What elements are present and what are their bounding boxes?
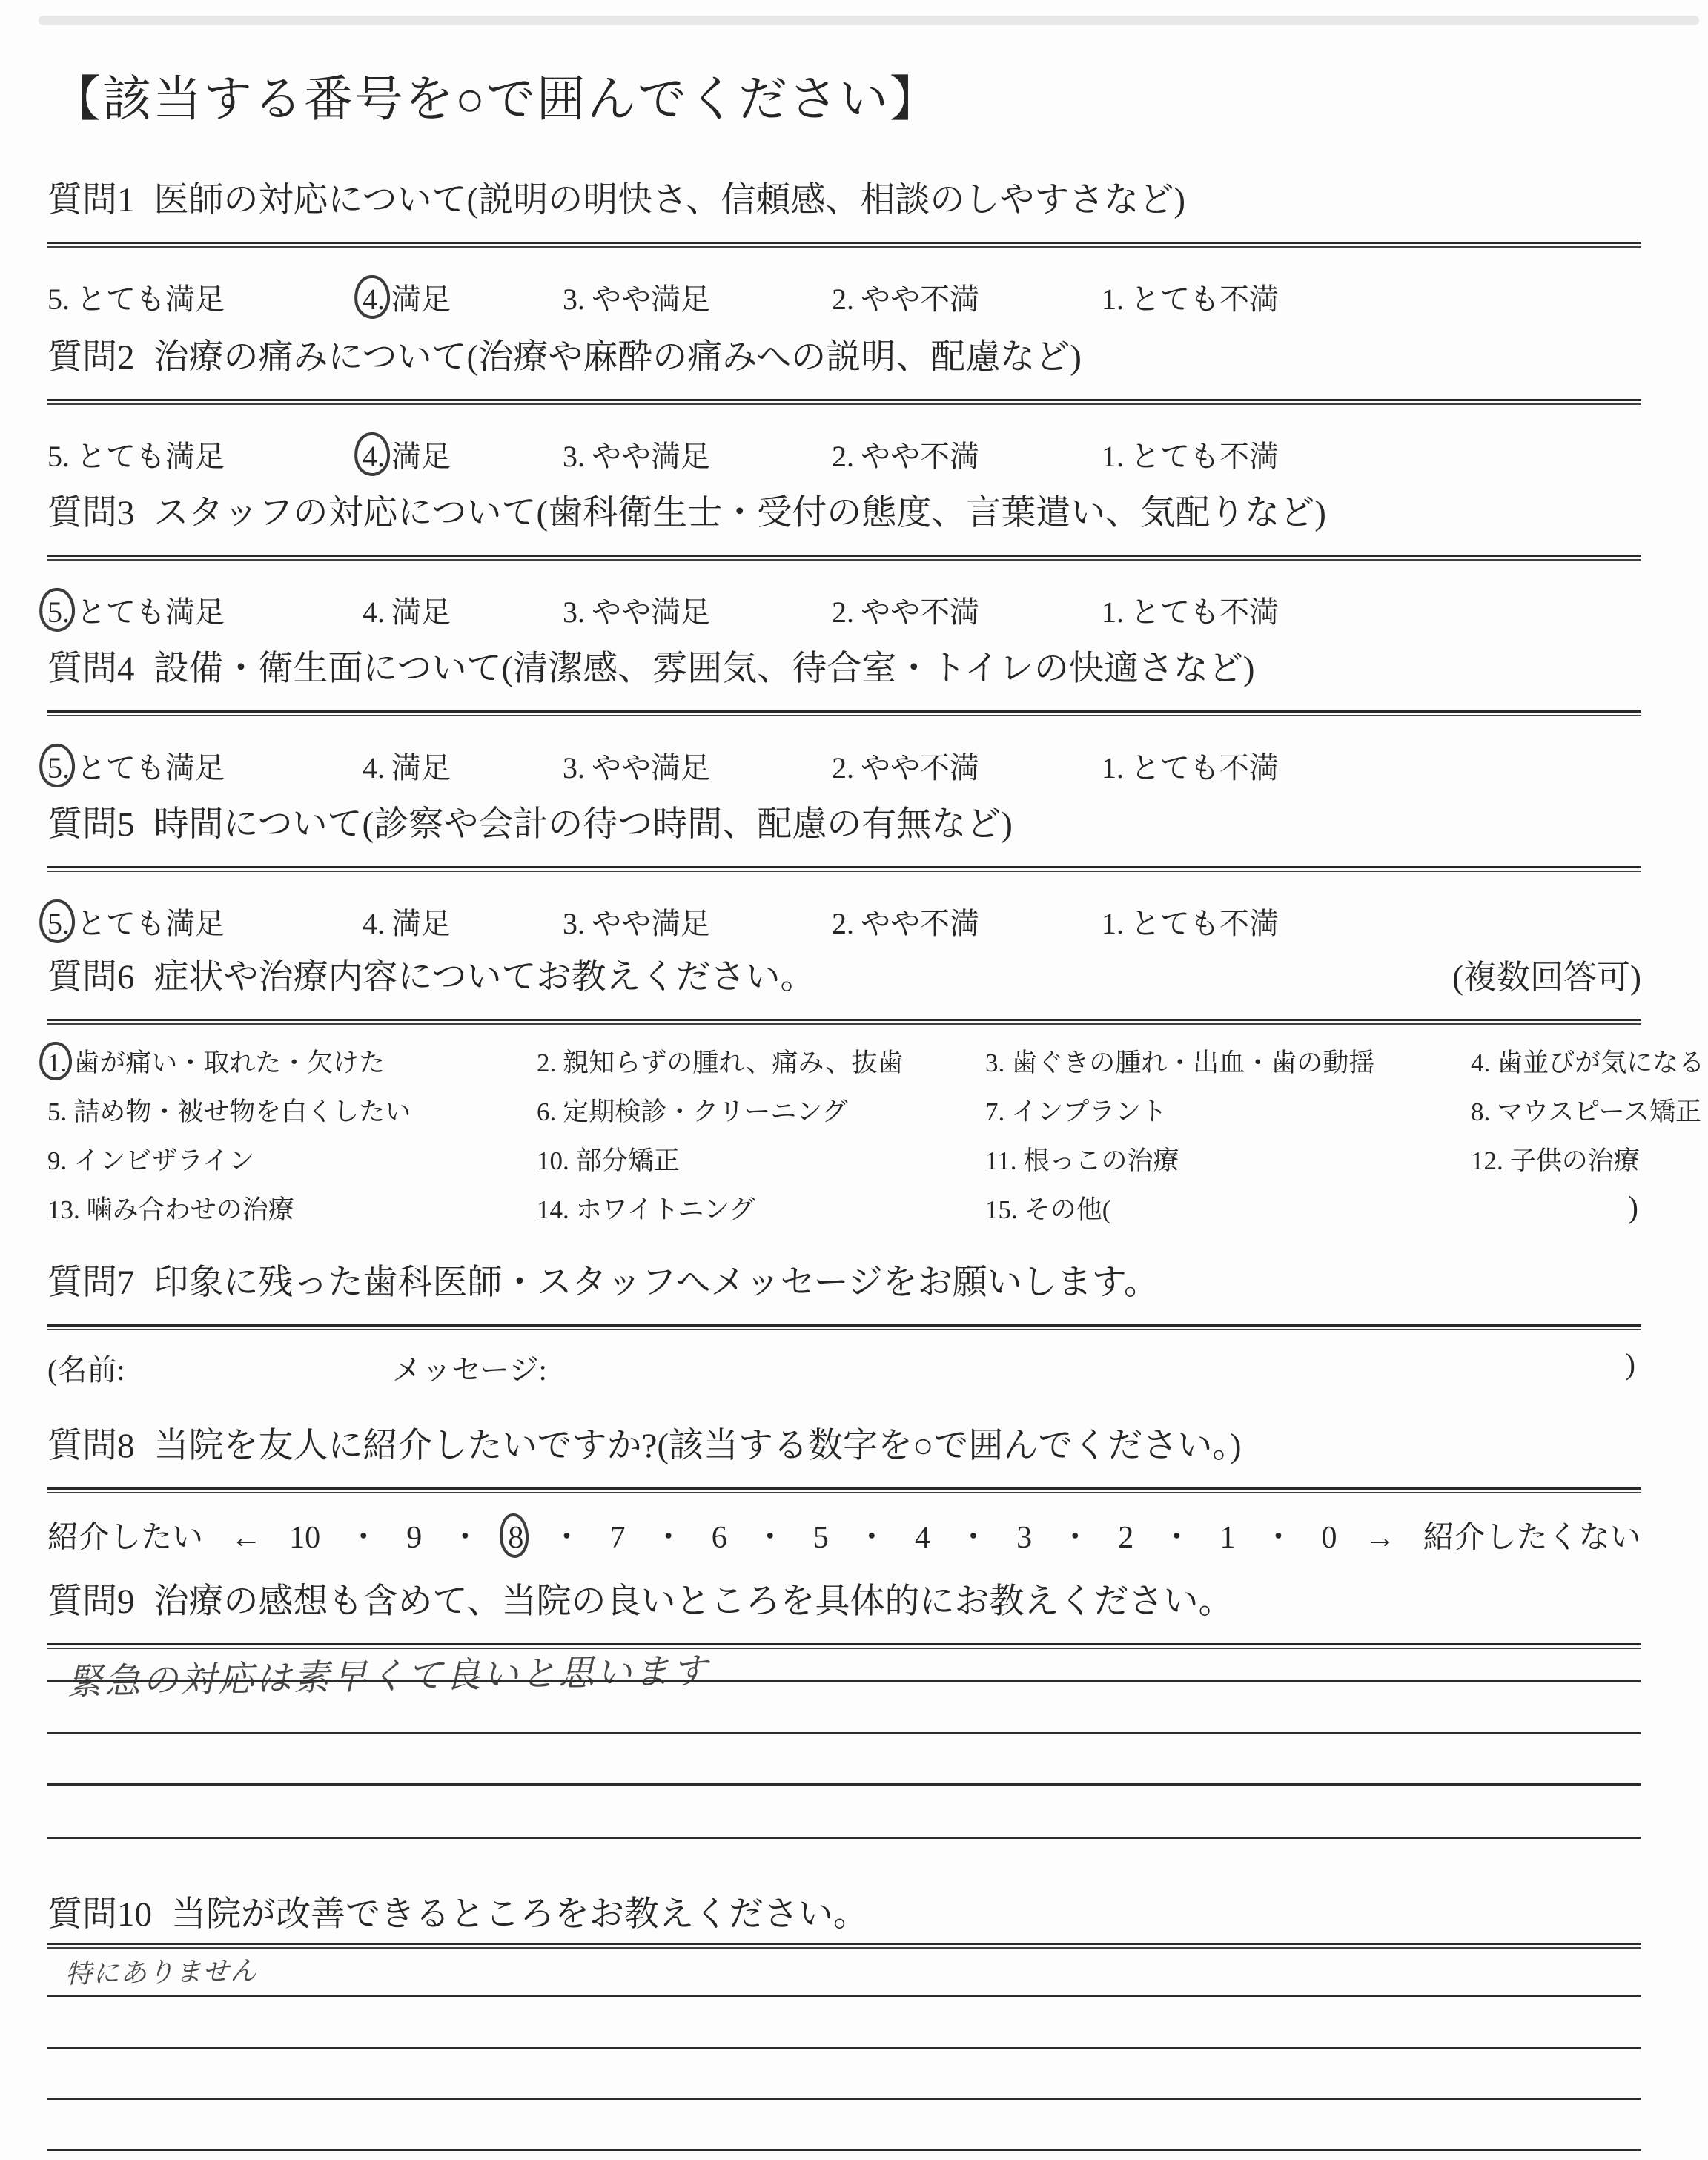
question-1-option-4-number: 4. (363, 282, 385, 317)
symptom-option-12[interactable]: 12.子供の治療 (1471, 1140, 1641, 1178)
question-4-option-2[interactable]: 2.やや不満 (832, 744, 979, 787)
question-5-options: 5.とても満足 4.満足 3.やや満足 2.やや不満 1.とても不満 (47, 872, 1641, 927)
symptom-option-15-number: 15. (985, 1195, 1018, 1225)
nps-option-3[interactable]: 3 (1016, 1520, 1032, 1556)
question-1-option-3-number: 3. (563, 282, 585, 317)
question-4-option-4[interactable]: 4.満足 (363, 744, 451, 787)
question-2-option-1[interactable]: 1.とても不満 (1102, 433, 1279, 475)
nps-dot-separator: ・ (653, 1513, 684, 1557)
symptom-option-5-number: 5. (47, 1097, 67, 1127)
answer-line[interactable] (47, 2098, 1641, 2100)
question-6-header: 質問6症状や治療内容についてお教えください。 (複数回答可) (47, 955, 1641, 1000)
question-2-option-3-label: やや満足 (592, 440, 710, 473)
question-5-option-5[interactable]: 5.とても満足 (47, 900, 225, 942)
symptom-option-6-label: 定期検診・クリーニング (563, 1097, 847, 1126)
question-3-section: 質問3スタッフの対応について(歯科衛生士・受付の態度、言葉遣い、気配りなど) 5… (47, 491, 1641, 615)
symptom-option-15-label: その他( (1025, 1195, 1111, 1224)
nps-option-6[interactable]: 6 (712, 1520, 727, 1556)
question-10-header: 質問10当院が改善できるところをお教えください。 (47, 1892, 1641, 1937)
symptom-option-13-number: 13. (47, 1195, 80, 1225)
symptom-option-13[interactable]: 13.噛み合わせの治療 (47, 1189, 537, 1226)
question-4-option-1-number: 1. (1102, 750, 1124, 785)
question-4-option-4-label: 満足 (391, 751, 451, 785)
question-9-header: 質問9治療の感想も含めて、当院の良いところを具体的にお教えください。 (47, 1579, 1641, 1624)
question-7-section: 質問7印象に残った歯科医師・スタッフへメッセージをお願いします。 (名前: メッ… (47, 1261, 1641, 1387)
question-7-header: 質問7印象に残った歯科医師・スタッフへメッセージをお願いします。 (47, 1261, 1641, 1305)
question-4-title: 設備・衛生面について(清潔感、雰囲気、待合室・トイレの快適さなど) (154, 650, 1255, 688)
nps-option-10[interactable]: 10 (289, 1520, 320, 1556)
nps-dot-separator: ・ (449, 1513, 480, 1557)
question-2-option-4[interactable]: 4.満足 (363, 433, 451, 475)
question-1-option-5[interactable]: 5.とても満足 (47, 276, 225, 318)
question-2-option-2[interactable]: 2.やや不満 (832, 433, 979, 475)
symptom-option-3-number: 3. (985, 1048, 1004, 1078)
question-1-title: 医師の対応について(説明の明快さ、信頼感、相談のしやすさなど) (154, 181, 1185, 219)
symptom-option-14-label: ホワイトニング (576, 1195, 755, 1224)
symptom-option-14-number: 14. (537, 1195, 569, 1225)
question-3-option-1-number: 1. (1102, 595, 1124, 630)
question-10-handwritten-answer: 特にありません (65, 1950, 258, 1992)
question-3-title: スタッフの対応について(歯科衛生士・受付の態度、言葉遣い、気配りなど) (154, 494, 1326, 532)
question-7-answer-row: (名前: メッセージ: ) (47, 1347, 1641, 1387)
nps-dot-separator: ・ (1059, 1513, 1090, 1557)
question-5-label: 質問5 (47, 805, 135, 844)
question-3-option-2-label: やや不満 (861, 595, 979, 629)
question-1-option-3-label: やや満足 (592, 283, 710, 316)
answer-line[interactable] (47, 2047, 1641, 2049)
page-title: 【該当する番号を○で囲んでください】 (52, 59, 940, 130)
question-3-option-1[interactable]: 1.とても不満 (1102, 589, 1279, 631)
symptom-option-7-number: 7. (985, 1097, 1004, 1127)
question-6-title: 症状や治療内容についてお教えください。 (154, 958, 815, 997)
symptom-option-1-number: 1. (47, 1048, 67, 1078)
question-2-divider (47, 399, 1641, 405)
symptom-option-12-number: 12. (1471, 1146, 1503, 1176)
question-1-option-5-number: 5. (47, 282, 70, 317)
symptom-option-9[interactable]: 9.インビザライン (47, 1140, 537, 1178)
question-1-label: 質問1 (47, 181, 135, 219)
question-3-option-2-number: 2. (832, 595, 854, 630)
nps-dot-separator: ・ (1262, 1513, 1294, 1557)
question-1-option-2-number: 2. (832, 282, 854, 317)
answer-line[interactable] (47, 1837, 1641, 1839)
question-1-option-3[interactable]: 3.やや満足 (563, 276, 710, 318)
question-6-label: 質問6 (47, 958, 135, 997)
question-2-section: 質問2治療の痛みについて(治療や麻酔の痛みへの説明、配慮など) 5.とても満足 … (47, 335, 1641, 460)
symptom-option-10-number: 10. (537, 1146, 569, 1176)
question-2-header: 質問2治療の痛みについて(治療や麻酔の痛みへの説明、配慮など) (47, 335, 1641, 380)
question-6-section: 質問6症状や治療内容についてお教えください。 (複数回答可) 1.歯が痛い・取れ… (47, 955, 1641, 1232)
nps-dot-separator: ・ (958, 1513, 989, 1557)
question-4-option-3-number: 3. (563, 750, 585, 785)
nps-dot-separator: ・ (551, 1513, 582, 1557)
answer-line[interactable] (47, 1732, 1641, 1734)
symptom-option-15[interactable]: 15.その他( (985, 1189, 1471, 1226)
nps-dot-separator: ・ (856, 1513, 887, 1557)
nps-option-1[interactable]: 1 (1219, 1520, 1235, 1556)
question-10-divider (47, 1943, 1641, 1949)
question-9-divider (47, 1643, 1641, 1649)
question-5-title: 時間について(診察や会計の待つ時間、配慮の有無など) (154, 805, 1013, 844)
question-9-section: 質問9治療の感想も含めて、当院の良いところを具体的にお教えください。 緊急の対応… (47, 1579, 1641, 1846)
question-8-divider (47, 1487, 1641, 1493)
nps-left-label: 紹介したい (47, 1513, 203, 1557)
symptom-option-3[interactable]: 3.歯ぐきの腫れ・出血・歯の動揺 (985, 1043, 1471, 1080)
question-1-option-5-label: とても満足 (76, 283, 225, 316)
question-2-options: 5.とても満足 4.満足 3.やや満足 2.やや不満 1.とても不満 (47, 405, 1641, 460)
question-4-option-3[interactable]: 3.やや満足 (563, 744, 710, 787)
question-5-option-1-number: 1. (1102, 906, 1124, 941)
symptom-option-1-label: 歯が痛い・取れた・欠けた (73, 1048, 385, 1077)
symptom-option-12-label: 子供の治療 (1510, 1146, 1640, 1175)
question-1-divider (47, 242, 1641, 248)
question-1-options: 5.とても満足 4.満足 3.やや満足 2.やや不満 1.とても不満 (47, 248, 1641, 303)
symptom-option-1[interactable]: 1.歯が痛い・取れた・欠けた (47, 1043, 537, 1080)
question-2-option-1-label: とても不満 (1131, 440, 1279, 473)
name-field-label[interactable]: (名前: (47, 1347, 125, 1389)
question-8-section: 質問8当院を友人に紹介したいですか?(該当する数字を○で囲んでください。) 紹介… (47, 1424, 1641, 1557)
symptom-option-8-label: マウスピース矯正 (1497, 1097, 1701, 1126)
question-2-option-2-number: 2. (832, 439, 854, 474)
question-9-label: 質問9 (47, 1582, 135, 1621)
question-5-option-3[interactable]: 3.やや満足 (563, 900, 710, 942)
nps-option-5[interactable]: 5 (813, 1520, 829, 1556)
question-3-option-5[interactable]: 5.とても満足 (47, 589, 225, 631)
question-3-label: 質問3 (47, 494, 135, 532)
symptom-option-3-label: 歯ぐきの腫れ・出血・歯の動揺 (1011, 1048, 1374, 1077)
symptom-option-7[interactable]: 7.インプラント (985, 1091, 1471, 1129)
symptom-option-4-number: 4. (1471, 1048, 1490, 1078)
symptom-option-5[interactable]: 5.詰め物・被せ物を白くしたい (47, 1091, 537, 1129)
symptom-option-10[interactable]: 10.部分矯正 (537, 1140, 985, 1178)
question-2-option-4-label: 満足 (391, 440, 451, 473)
survey-page: 【該当する番号を○で囲んでください】 質問1医師の対応について(説明の明快さ、信… (0, 0, 1708, 2160)
question-7-title: 印象に残った歯科医師・スタッフへメッセージをお願いします。 (154, 1264, 1159, 1302)
question-5-option-1[interactable]: 1.とても不満 (1102, 900, 1279, 942)
symptom-option-15-close-paren: ) (1471, 1190, 1641, 1226)
question-8-title: 当院を友人に紹介したいですか?(該当する数字を○で囲んでください。) (154, 1427, 1242, 1465)
question-10-section: 質問10当院が改善できるところをお教えください。 特にありません (47, 1892, 1641, 2153)
symptom-option-14[interactable]: 14.ホワイトニング (537, 1189, 985, 1226)
question-5-option-4[interactable]: 4.満足 (363, 900, 451, 942)
nps-left-arrow-icon: ← (231, 1520, 262, 1556)
question-5-option-5-number: 5. (47, 906, 70, 941)
question-9-title: 治療の感想も含めて、当院の良いところを具体的にお教えください。 (154, 1582, 1234, 1621)
question-1-header: 質問1医師の対応について(説明の明快さ、信頼感、相談のしやすさなど) (47, 178, 1641, 222)
question-6-divider (47, 1019, 1641, 1025)
symptom-option-2[interactable]: 2.親知らずの腫れ、痛み、抜歯 (537, 1043, 985, 1080)
question-5-option-2-number: 2. (832, 906, 854, 941)
question-1-option-2[interactable]: 2.やや不満 (832, 276, 979, 318)
answer-line[interactable] (47, 2149, 1641, 2151)
question-1-option-1-number: 1. (1102, 282, 1124, 317)
question-5-section: 質問5時間について(診察や会計の待つ時間、配慮の有無など) 5.とても満足 4.… (47, 802, 1641, 927)
question-3-options: 5.とても満足 4.満足 3.やや満足 2.やや不満 1.とても不満 (47, 561, 1641, 615)
answer-line[interactable] (47, 1995, 1641, 1997)
symptom-option-6-number: 6. (537, 1097, 556, 1127)
question-7-divider (47, 1324, 1641, 1330)
question-3-option-2[interactable]: 2.やや不満 (832, 589, 979, 631)
symptom-option-2-number: 2. (537, 1048, 556, 1078)
symptom-option-5-label: 詰め物・被せ物を白くしたい (73, 1097, 411, 1126)
question-3-option-4-label: 満足 (391, 595, 451, 629)
question-5-option-5-label: とても満足 (76, 907, 225, 940)
question-1-option-2-label: やや不満 (861, 283, 979, 316)
answer-line[interactable] (47, 1783, 1641, 1786)
question-4-option-2-number: 2. (832, 750, 854, 785)
nps-dot-separator: ・ (348, 1513, 379, 1557)
question-5-header: 質問5時間について(診察や会計の待つ時間、配慮の有無など) (47, 802, 1641, 847)
question-2-option-2-label: やや不満 (861, 440, 979, 473)
scan-artifact-band (39, 16, 1699, 25)
question-4-option-5-label: とても満足 (76, 751, 225, 785)
symptom-option-9-number: 9. (47, 1146, 67, 1176)
question-1-option-4[interactable]: 4.満足 (363, 276, 451, 318)
question-8-label: 質問8 (47, 1427, 135, 1465)
question-5-option-4-number: 4. (363, 906, 385, 941)
question-3-option-3-label: やや満足 (592, 595, 710, 629)
question-10-title: 当院が改善できるところをお教えください。 (171, 1895, 868, 1934)
nps-option-4[interactable]: 4 (915, 1520, 930, 1556)
question-4-option-1-label: とても不満 (1131, 751, 1279, 785)
question-1-option-1[interactable]: 1.とても不満 (1102, 276, 1279, 318)
q7-close-paren: ) (1626, 1347, 1635, 1381)
question-5-option-3-number: 3. (563, 906, 585, 941)
question-5-option-2-label: やや不満 (861, 907, 979, 940)
symptom-option-13-label: 噛み合わせの治療 (87, 1195, 294, 1224)
symptom-option-4[interactable]: 4.歯並びが気になる (1471, 1043, 1641, 1080)
question-2-title: 治療の痛みについて(治療や麻酔の痛みへの説明、配慮など) (154, 338, 1082, 377)
nps-option-7[interactable]: 7 (610, 1520, 626, 1556)
question-3-header: 質問3スタッフの対応について(歯科衛生士・受付の態度、言葉遣い、気配りなど) (47, 491, 1641, 535)
question-4-option-1[interactable]: 1.とても不満 (1102, 744, 1279, 787)
question-2-option-3-number: 3. (563, 439, 585, 474)
question-1-option-4-label: 満足 (391, 283, 451, 316)
question-4-option-3-label: やや満足 (592, 751, 710, 785)
question-4-divider (47, 710, 1641, 716)
symptom-option-4-label: 歯並びが気になる (1497, 1048, 1704, 1077)
question-4-option-4-number: 4. (363, 750, 385, 785)
question-5-option-1-label: とても不満 (1131, 907, 1279, 940)
question-1-section: 質問1医師の対応について(説明の明快さ、信頼感、相談のしやすさなど) 5.とても… (47, 178, 1641, 303)
symptom-option-10-label: 部分矯正 (576, 1146, 680, 1175)
question-3-option-3[interactable]: 3.やや満足 (563, 589, 710, 631)
question-4-label: 質問4 (47, 650, 135, 688)
question-7-label: 質問7 (47, 1264, 135, 1302)
symptom-option-9-label: インビザライン (73, 1146, 254, 1175)
question-3-option-5-label: とても満足 (76, 595, 225, 629)
question-3-option-4-number: 4. (363, 595, 385, 630)
question-4-header: 質問4設備・衛生面について(清潔感、雰囲気、待合室・トイレの快適さなど) (47, 647, 1641, 691)
question-3-option-4[interactable]: 4.満足 (363, 589, 451, 631)
symptom-option-11-label: 根っこの治療 (1023, 1146, 1179, 1175)
nps-dot-separator: ・ (1161, 1513, 1192, 1557)
nps-option-8[interactable]: 8 (508, 1520, 523, 1556)
question-4-option-5[interactable]: 5.とても満足 (47, 744, 225, 787)
question-4-option-2-label: やや不満 (861, 751, 979, 785)
question-3-divider (47, 555, 1641, 561)
nps-dot-separator: ・ (755, 1513, 786, 1557)
question-6-note: (複数回答可) (1452, 955, 1641, 1000)
question-2-option-5-number: 5. (47, 439, 70, 474)
question-2-label: 質問2 (47, 338, 135, 377)
question-4-option-5-number: 5. (47, 750, 70, 785)
question-2-option-1-number: 1. (1102, 439, 1124, 474)
question-5-divider (47, 866, 1641, 872)
nps-scale-row: 紹介したい ← 10 ・ 9 ・ 8 ・ 7 ・ 6 ・ 5 ・ 4 ・ 3 ・… (47, 1513, 1641, 1557)
symptom-option-11[interactable]: 11.根っこの治療 (985, 1140, 1471, 1178)
nps-right-label: 紹介したくない (1423, 1513, 1641, 1557)
question-5-option-4-label: 満足 (391, 907, 451, 940)
question-5-option-2[interactable]: 2.やや不満 (832, 900, 979, 942)
nps-option-0[interactable]: 0 (1322, 1520, 1337, 1556)
question-5-option-3-label: やや満足 (592, 907, 710, 940)
question-4-options: 5.とても満足 4.満足 3.やや満足 2.やや不満 1.とても不満 (47, 716, 1641, 771)
question-3-option-1-label: とても不満 (1131, 595, 1279, 629)
question-2-option-5[interactable]: 5.とても満足 (47, 433, 225, 475)
symptom-option-11-number: 11. (985, 1146, 1016, 1176)
question-8-header: 質問8当院を友人に紹介したいですか?(該当する数字を○で囲んでください。) (47, 1424, 1641, 1468)
question-1-option-1-label: とても不満 (1131, 283, 1279, 316)
answer-line[interactable] (47, 1680, 1641, 1682)
message-field-label[interactable]: メッセージ: (392, 1347, 547, 1389)
question-10-label: 質問10 (47, 1895, 152, 1934)
question-6-options: 1.歯が痛い・取れた・欠けた 2.親知らずの腫れ、痛み、抜歯 3.歯ぐきの腫れ・… (47, 1037, 1641, 1232)
question-3-option-3-number: 3. (563, 595, 585, 630)
question-9-handwritten-answer: 緊急の対応は素早くて良いと思います (66, 1642, 709, 1704)
nps-right-arrow-icon: → (1365, 1520, 1396, 1556)
nps-option-2[interactable]: 2 (1118, 1520, 1133, 1556)
symptom-option-8-number: 8. (1471, 1097, 1490, 1127)
question-2-option-4-number: 4. (363, 439, 385, 474)
question-3-option-5-number: 5. (47, 595, 70, 630)
symptom-option-8[interactable]: 8.マウスピース矯正 (1471, 1091, 1641, 1129)
question-4-section: 質問4設備・衛生面について(清潔感、雰囲気、待合室・トイレの快適さなど) 5.と… (47, 647, 1641, 771)
question-2-option-3[interactable]: 3.やや満足 (563, 433, 710, 475)
symptom-option-2-label: 親知らずの腫れ、痛み、抜歯 (563, 1048, 903, 1077)
nps-option-9[interactable]: 9 (406, 1520, 422, 1556)
symptom-option-6[interactable]: 6.定期検診・クリーニング (537, 1091, 985, 1129)
symptom-option-7-label: インプラント (1011, 1097, 1167, 1126)
question-2-option-5-label: とても満足 (76, 440, 225, 473)
